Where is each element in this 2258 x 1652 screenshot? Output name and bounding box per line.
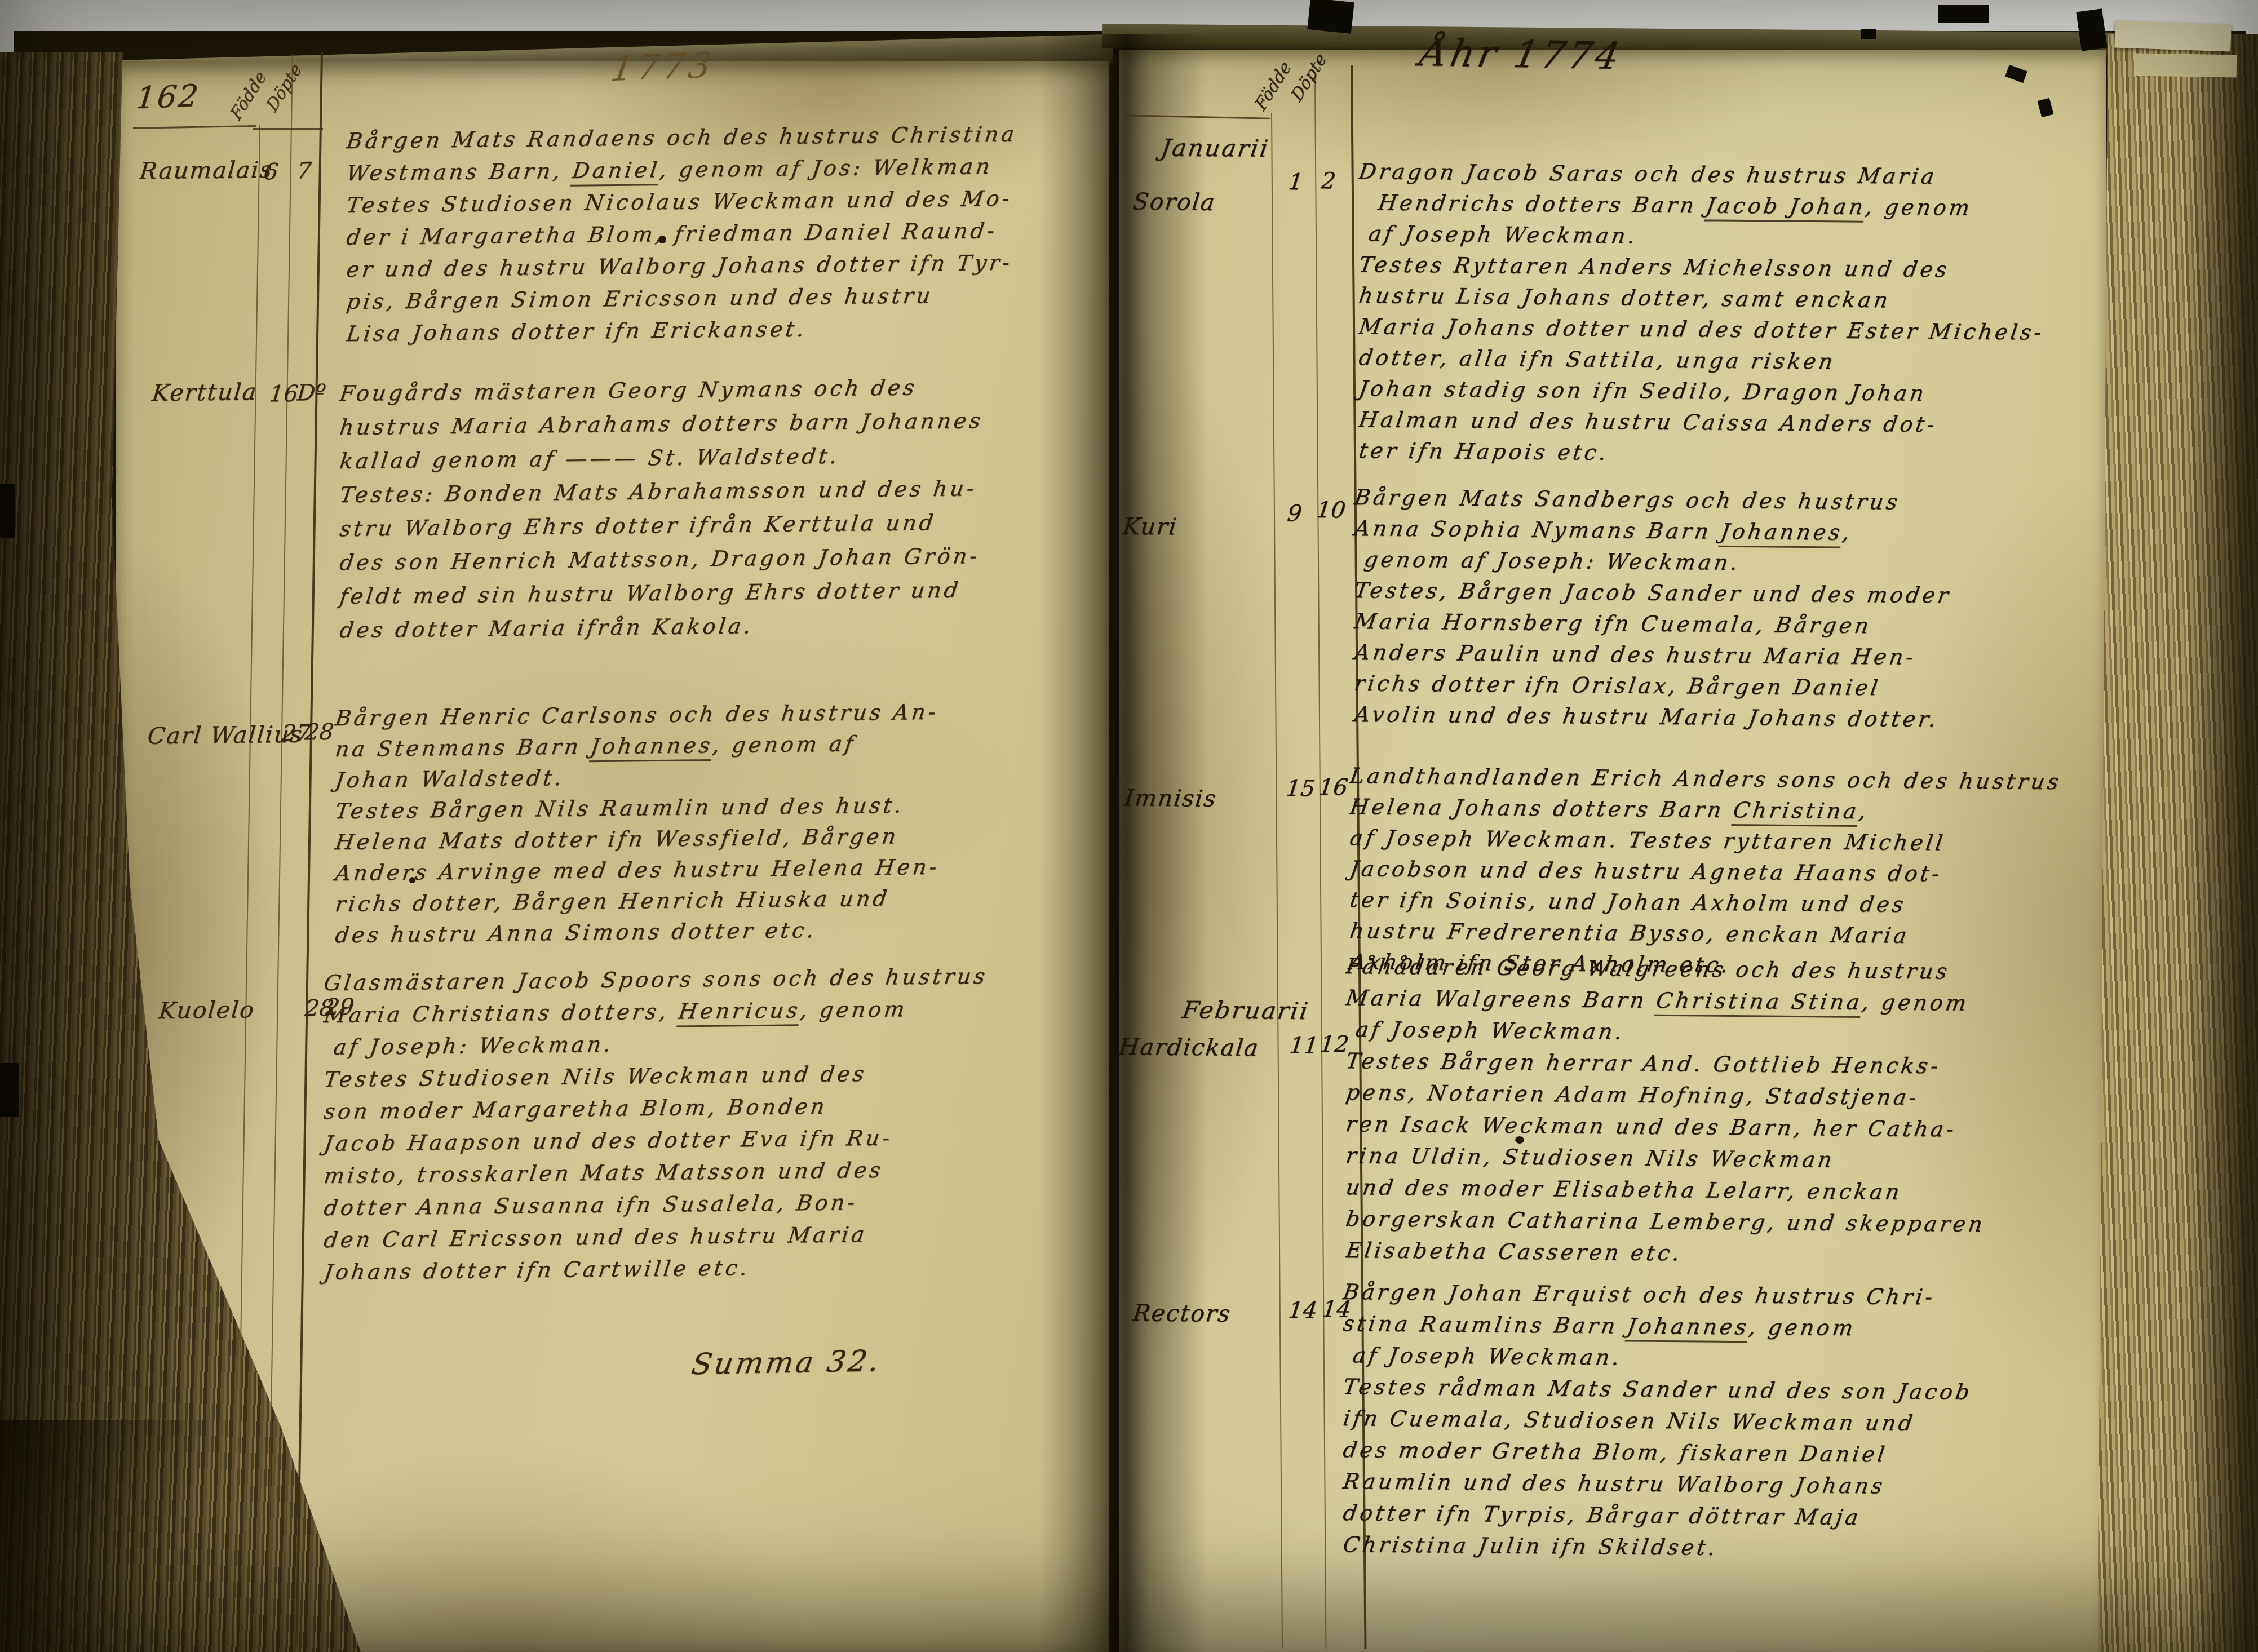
manuscript-line: feldt med sin hustru Walborg Ehrs dotter… (338, 577, 962, 609)
born-date: 1 (1287, 169, 1304, 195)
summary-total: Summa 32. (689, 1344, 883, 1381)
place-label: Sorola (1131, 188, 1217, 215)
manuscript-line: Jacob Haapson und des dotter Eva ifn Ru- (322, 1125, 894, 1156)
manuscript-line: Westmans Barn, Daniel, genom af Jos: Wel… (345, 154, 994, 185)
place-label: Hardickala (1117, 1033, 1260, 1061)
manuscript-line: Påhådaren Georg Walgreens och des hustru… (1344, 954, 1951, 984)
underlined-name: Christina Stina (1654, 988, 1864, 1018)
column-rule (1271, 113, 1283, 1649)
manuscript-line: ren Isack Weckman und des Barn, her Cath… (1344, 1111, 1958, 1141)
place-label: Raumalais (139, 156, 274, 184)
manuscript-line: Bårgen Mats Sandbergs och des hustrus (1353, 485, 1902, 514)
manuscript-line: Raumlin und des hustru Walborg Johans (1341, 1469, 1887, 1498)
manuscript-line: Maria Christians dotters, Henricus, geno… (322, 996, 909, 1027)
manuscript-line: Testes Bårgen herrar And. Gottlieb Henck… (1344, 1048, 1942, 1078)
manuscript-line: genom af Joseph: Weckman. (1353, 547, 1742, 575)
right-born-column-header: Födde (1251, 57, 1295, 114)
born-date: 16 (268, 381, 299, 408)
left-year-heading: 1773 (608, 45, 717, 89)
manuscript-line: Testes Ryttaren Anders Michelsson und de… (1357, 252, 1951, 282)
underlined-name: Christina (1731, 798, 1861, 827)
manuscript-line: des hustru Anna Simons dotter etc. (334, 918, 818, 947)
manuscript-line: Testes, Bårgen Jacob Sander und des mode… (1353, 578, 1952, 608)
photo-of-parish-register: { "book": { "left_page": { "page_number"… (0, 0, 2258, 1652)
manuscript-line: Anna Sophia Nymans Barn Johannes, (1353, 516, 1854, 545)
page-number: 162 (134, 78, 201, 116)
manuscript-line: ter ifn Hapois etc. (1357, 438, 1611, 465)
manuscript-line: Glasmästaren Jacob Spoors sons och des h… (322, 964, 989, 995)
manuscript-line: Testes Bårgen Nils Raumlin und des hust. (334, 792, 906, 823)
header-rule (253, 128, 323, 130)
left-baptized-column-header: Döpte (263, 60, 306, 116)
manuscript-line: Avolin und des hustru Maria Johans dotte… (1353, 702, 1941, 732)
manuscript-line: rina Uldin, Studiosen Nils Weckman (1344, 1143, 1836, 1172)
manuscript-line: misto, trosskarlen Mats Matsson und des (322, 1158, 885, 1188)
baptized-date: 28 (304, 719, 335, 746)
manuscript-line: er und des hustru Walborg Johans dotter … (345, 250, 1014, 282)
born-date: 6 (263, 159, 280, 185)
manuscript-line: Johan stadig son ifn Sedilo, Dragon Joha… (1357, 376, 1928, 406)
manuscript-line: son moder Margaretha Blom, Bonden (322, 1094, 829, 1124)
manuscript-line: dotter ifn Tyrpis, Bårgar döttrar Maja (1341, 1500, 1863, 1530)
left-born-column-header: Födde (227, 67, 270, 124)
manuscript-line: des son Henrich Mattsson, Dragon Johan G… (338, 543, 981, 575)
right-baptized-column-header: Döpte (1287, 50, 1330, 105)
manuscript-line: af Joseph Weckman. (1344, 1017, 1627, 1044)
manuscript-line: Anders Arvinge med des hustru Helena Hen… (334, 854, 941, 885)
manuscript-line: richs dotter, Bårgen Henrich Hiuska und (334, 886, 891, 916)
manuscript-line: af Joseph Weckman. (1341, 1343, 1624, 1370)
manuscript-line: Maria Hornsberg ifn Cuemala, Bårgen (1353, 609, 1873, 638)
manuscript-line: kallad genom af ——— St. Waldstedt. (338, 444, 841, 473)
baptized-date: 16 (1317, 774, 1349, 800)
place-label: Imnisis (1123, 784, 1218, 812)
manuscript-line: af Joseph Weckman. (1357, 221, 1640, 248)
underlined-name: Daniel (570, 157, 661, 187)
manuscript-line: ifn Cuemala, Studiosen Nils Weckman und (1341, 1406, 1917, 1436)
born-date: 15 (1285, 776, 1316, 801)
place-label: Kerttula (151, 378, 259, 406)
manuscript-line: den Carl Ericsson und des hustru Maria (322, 1222, 869, 1252)
manuscript-line: pis, Bårgen Simon Ericsson und des hustr… (345, 283, 935, 314)
manuscript-line: Christina Julin ifn Skildset. (1341, 1532, 1720, 1560)
place-label: Kuri (1121, 513, 1179, 541)
manuscript-line: und des moder Elisabetha Lelarr, enckan (1344, 1175, 1904, 1204)
manuscript-line: na Stenmans Barn Johannes, genom af (334, 731, 857, 761)
manuscript-line: des moder Gretha Blom, fiskaren Daniel (1341, 1437, 1889, 1467)
underlined-name: Johannes (588, 733, 714, 762)
manuscript-line: der i Margaretha Blom, friedman Daniel R… (345, 218, 999, 250)
manuscript-line: borgerskan Catharina Lemberg, und skeppa… (1344, 1206, 1987, 1237)
manuscript-line: af Joseph: Weckman. (322, 1032, 615, 1060)
baptized-date: Dº (296, 380, 327, 406)
manuscript-line: Johans dotter ifn Cartwille etc. (322, 1255, 751, 1285)
manuscript-line: Lisa Johans dotter ifn Erickanset. (345, 316, 808, 346)
column-rule (1314, 76, 1326, 1649)
column-rule (236, 125, 260, 1647)
underlined-name: Johannes (1719, 519, 1844, 548)
place-label: Rectors (1131, 1299, 1232, 1327)
manuscript-line: Helena Mats dotter ifn Wessfield, Bårgen (334, 824, 900, 854)
manuscript-line: ter ifn Soinis, und Johan Axholm und des (1348, 887, 1908, 917)
manuscript-line: Johan Waldstedt. (334, 765, 566, 792)
manuscript-line: Landthandlanden Erich Anders sons och de… (1348, 763, 2063, 794)
manuscript-line: dotter Anna Susanna ifn Susalela, Bon- (322, 1190, 859, 1220)
manuscript-line: Anders Paulin und des hustru Maria Hen- (1353, 640, 1918, 670)
baptized-date: 2 (1320, 168, 1337, 194)
manuscript-line: hustru Fredrerentia Bysso, enckan Maria (1348, 918, 1911, 948)
manuscript-line: Jacobson und des hustru Agneta Haans dot… (1348, 856, 1943, 886)
manuscript-line: Testes Studiosen Nicolaus Weckman und de… (345, 186, 1014, 218)
born-date: 9 (1286, 501, 1303, 526)
underlined-name: Johannes (1625, 1313, 1751, 1343)
manuscript-line: Maria Johans dotter und des dotter Ester… (1357, 314, 2046, 345)
manuscript-line: Maria Walgreens Barn Christina Stina, ge… (1344, 985, 1971, 1016)
manuscript-line: Testes rådman Mats Sander und des son Ja… (1341, 1374, 1974, 1405)
manuscript-line: Testes Studiosen Nils Weckman und des (322, 1061, 868, 1092)
baptized-date: 10 (1315, 497, 1347, 523)
baptized-date: 7 (296, 158, 313, 184)
manuscript-line: hustru Lisa Johans dotter, samt enckan (1357, 283, 1892, 312)
manuscript-line: Testes: Bonden Mats Abrahamsson und des … (338, 476, 979, 507)
month-header: Januarii (1159, 134, 1271, 162)
manuscript-line: Helena Johans dotters Barn Christina, (1348, 794, 1870, 823)
born-date: 11 (1288, 1033, 1320, 1058)
manuscript-line: Dragon Jacob Saras och des hustrus Maria (1357, 159, 1938, 189)
header-rule (1123, 114, 1270, 119)
column-rule (296, 52, 323, 1647)
column-rule (268, 54, 293, 1564)
manuscript-content: 162 1773 Åhr 1774 Födde Döpte Födde Döpt… (0, 0, 2258, 1652)
manuscript-line: Halman und des hustru Caissa Anders dot- (1357, 407, 1939, 437)
manuscript-line: dotter, alla ifn Sattila, unga risken (1357, 345, 1838, 374)
month-header: Februarii (1180, 996, 1311, 1025)
manuscript-line: hustrus Maria Abrahams dotters barn Joha… (338, 408, 985, 440)
manuscript-line: Bårgen Henric Carlsons och des hustrus A… (334, 699, 940, 730)
born-date: 14 (1287, 1297, 1318, 1323)
page-number-underline (133, 125, 256, 129)
manuscript-line: pens, Notarien Adam Hofning, Stadstjena- (1344, 1080, 1921, 1110)
manuscript-line: Elisabetha Casseren etc. (1344, 1238, 1684, 1265)
manuscript-line: Hendrichs dotters Barn Jacob Johan, geno… (1357, 190, 1974, 220)
place-label: Kuolelo (158, 996, 256, 1024)
manuscript-line: des dotter Maria ifrån Kakola. (338, 613, 755, 643)
manuscript-line: stru Walborg Ehrs dotter ifrån Kerttula … (338, 510, 937, 541)
manuscript-line: richs dotter ifn Orislax, Bårgen Daniel (1353, 671, 1882, 700)
underlined-name: Henricus (676, 998, 802, 1027)
manuscript-line: Fougårds mästaren Georg Nymans och des (338, 375, 919, 406)
right-year-heading: Åhr 1774 (1416, 31, 1626, 78)
manuscript-line: af Joseph Weckman. Testes ryttaren Miche… (1348, 825, 1947, 855)
manuscript-line: Bårgen Johan Erquist och des hustrus Chr… (1341, 1279, 1937, 1309)
underlined-name: Jacob Johan (1704, 193, 1867, 222)
manuscript-line: stina Raumlins Barn Johannes, genom (1341, 1311, 1857, 1340)
manuscript-line: Bårgen Mats Randaens och des hustrus Chr… (345, 122, 1019, 153)
